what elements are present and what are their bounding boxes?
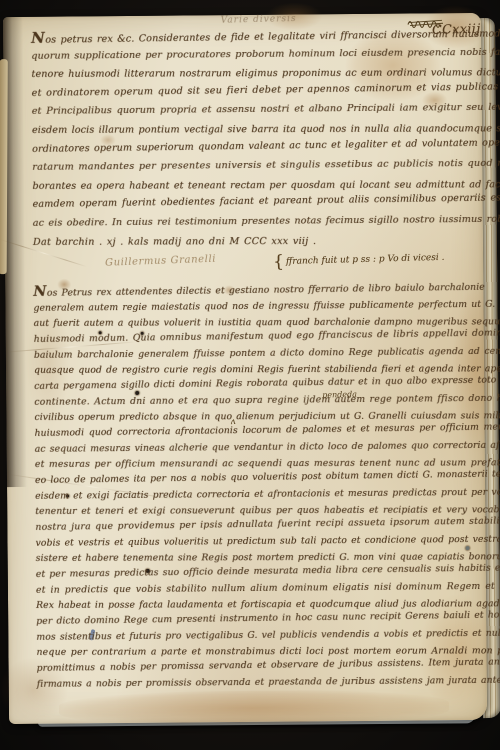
manuscript-text-line: et in predictis que vobis stabilito null… [36,579,466,598]
manuscript-text-line: continente. Actum dni anno et era quo su… [34,391,464,410]
manuscript-text-line: ac eis obedire. In cuius rei testimonium… [33,211,463,233]
manuscript-text-line: baiulum barchalonie generalem ffuisse po… [34,344,464,363]
side-note-text: ffranch fuit ut p ss : p Vo di vicesi . [286,253,445,267]
manuscript-text-line: vobis et vestris et quibus volueritis ut… [35,532,465,551]
photo-background: Varie diversis CCxxiij Nos petrus rex &c… [0,0,500,750]
manuscript-text-line: ratarum mandantes per presentes universi… [32,155,462,177]
manuscript-text-line: Dat barchin . xj . kals madij ano dni M … [33,232,300,252]
manuscript-text-line: ac sequaci mesuras vineas alcherie que v… [35,438,465,457]
notarial-side-note: {ffranch fuit ut p ss : p Vo di vicesi . [273,248,445,272]
faded-signature: Guillermus Granelli [105,254,216,269]
caret-insertion-mark: ʌ [230,417,235,427]
manuscript-entry-1: Nos petrus rex &c. Considerantes de fide… [31,25,463,252]
brace-mark: { [273,252,284,272]
manuscript-entry-2: Nos Petrus rex attendentes dilectis et g… [33,281,467,692]
entry-divider-row: Guillermus Granelli {ffranch fuit ut p s… [5,249,483,279]
manuscript-text-line: firmamus a nobis per promissis observand… [37,673,437,692]
facing-page-sliver [0,59,8,274]
interlinear-note: pendeda [322,390,357,400]
manuscript-text-line: quorum supplicatione per procuratores pr… [31,44,461,66]
manuscript-page: Varie diversis CCxxiij Nos petrus rex &c… [3,13,487,724]
manuscript-text-line: et Principalibus quorum propria et assen… [32,99,462,121]
manuscript-text-line: eisdem et exigi faciatis predicta correc… [35,485,465,504]
running-header: Varie diversis [221,14,297,26]
wormhole [466,546,470,550]
manuscript-text-line: mos sistentibus et futuris pro vectigali… [36,626,466,645]
